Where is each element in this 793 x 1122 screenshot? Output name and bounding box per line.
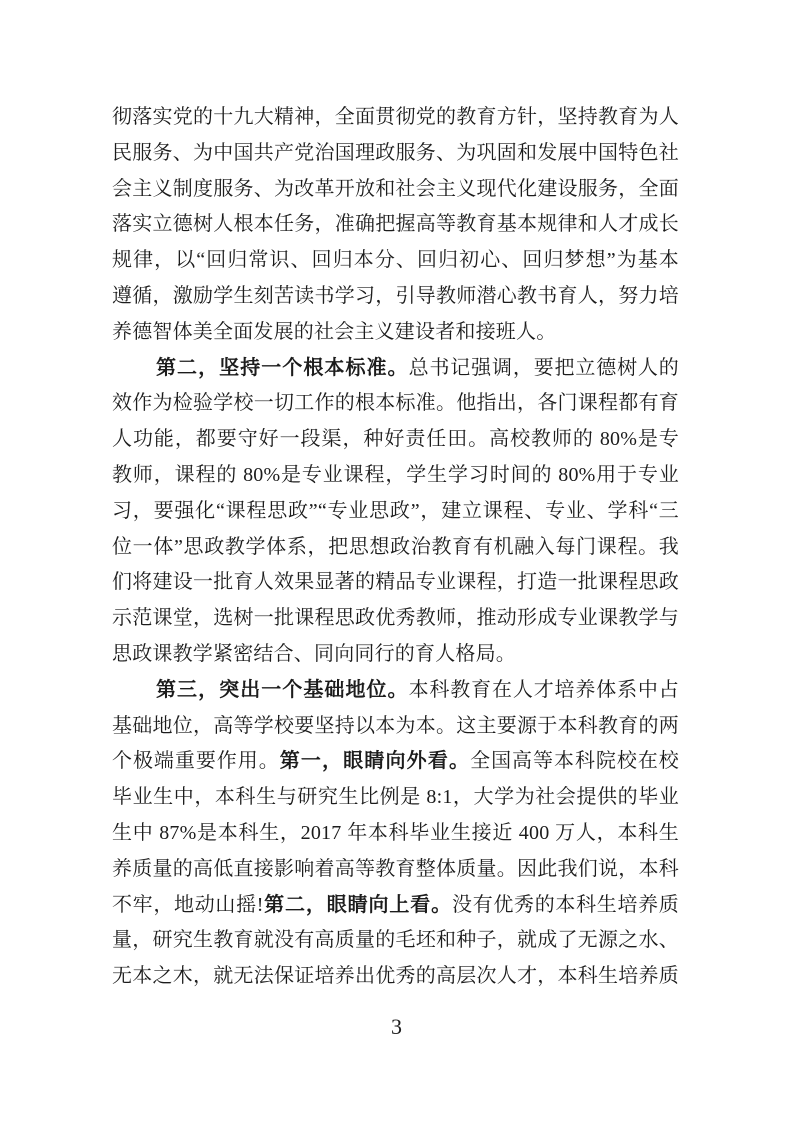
paragraph-second-fundamental-standard: 第二，坚持一个根本标准。总书记强调，要把立德树人的成效作为检验学校一切工作的根本…	[112, 351, 679, 673]
text-line: 养质量的高低直接影响着高等教育整体质量。因此我们说，本科	[112, 852, 679, 888]
bold-heading-run: 第三，突出一个基础地位。	[156, 679, 409, 701]
text-line: 教师，课程的 80%是专业课程，学生学习时间的 80%用于专业学	[112, 458, 679, 494]
text-line: 第三，突出一个基础地位。本科教育在人才培养体系中占据	[112, 673, 679, 709]
paragraph-implementing-party-spirit: 彻落实党的十九大精神，全面贯彻党的教育方针，坚持教育为人民服务、为中国共产党治国…	[112, 100, 679, 351]
bold-heading-run: 第二，坚持一个根本标准。	[156, 357, 409, 379]
text-line: 会主义制度服务、为改革开放和社会主义现代化建设服务，全面	[112, 172, 679, 208]
text-line: 个极端重要作用。第一，眼睛向外看。全国高等本科院校在校生、	[112, 744, 679, 780]
text-line: 彻落实党的十九大精神，全面贯彻党的教育方针，坚持教育为人	[112, 100, 679, 136]
text-line: 效作为检验学校一切工作的根本标准。他指出，各门课程都有育	[112, 386, 679, 422]
text-line: 养德智体美全面发展的社会主义建设者和接班人。	[112, 315, 679, 351]
bold-heading-run: 第一，眼睛向外看。	[280, 750, 470, 772]
document-page: 彻落实党的十九大精神，全面贯彻党的教育方针，坚持教育为人民服务、为中国共产党治国…	[0, 0, 793, 1122]
paragraph-third-foundational-position: 第三，突出一个基础地位。本科教育在人才培养体系中占据基础地位，高等学校要坚持以本…	[112, 673, 679, 995]
text-line: 无本之木，就无法保证培养出优秀的高层次人才，本科生培养质	[112, 959, 679, 995]
text-line: 位一体”思政教学体系，把思想政治教育有机融入每门课程。我	[112, 530, 679, 566]
document-body: 彻落实党的十九大精神，全面贯彻党的教育方针，坚持教育为人民服务、为中国共产党治国…	[112, 100, 679, 995]
bold-heading-run: 第二，眼睛向上看。	[264, 894, 452, 916]
text-line: 生中 87%是本科生，2017 年本科毕业生接近 400 万人，本科生培	[112, 816, 679, 852]
text-line: 不牢，地动山摇!第二，眼睛向上看。没有优秀的本科生培养质	[112, 888, 679, 924]
text-line: 落实立德树人根本任务，准确把握高等教育基本规律和人才成长	[112, 207, 679, 243]
text-line: 人功能，都要守好一段渠，种好责任田。高校教师的 80%是专业	[112, 422, 679, 458]
text-line: 们将建设一批育人效果显著的精品专业课程，打造一批课程思政	[112, 565, 679, 601]
page-number: 3	[0, 1014, 793, 1040]
text-line: 思政课教学紧密结合、同向同行的育人格局。	[112, 637, 679, 673]
text-line: 民服务、为中国共产党治国理政服务、为巩固和发展中国特色社	[112, 136, 679, 172]
text-line: 示范课堂，选树一批课程思政优秀教师，推动形成专业课教学与	[112, 601, 679, 637]
text-line: 习，要强化“课程思政”“专业思政”，建立课程、专业、学科“三	[112, 494, 679, 530]
text-line: 遵循，激励学生刻苦读书学习，引导教师潜心教书育人，努力培	[112, 279, 679, 315]
text-line: 规律，以“回归常识、回归本分、回归初心、回归梦想”为基本	[112, 243, 679, 279]
text-line: 基础地位，高等学校要坚持以本为本。这主要源于本科教育的两	[112, 709, 679, 745]
text-line: 第二，坚持一个根本标准。总书记强调，要把立德树人的成	[112, 351, 679, 387]
text-line: 毕业生中，本科生与研究生比例是 8:1，大学为社会提供的毕业	[112, 780, 679, 816]
text-line: 量，研究生教育就没有高质量的毛坯和种子，就成了无源之水、	[112, 923, 679, 959]
